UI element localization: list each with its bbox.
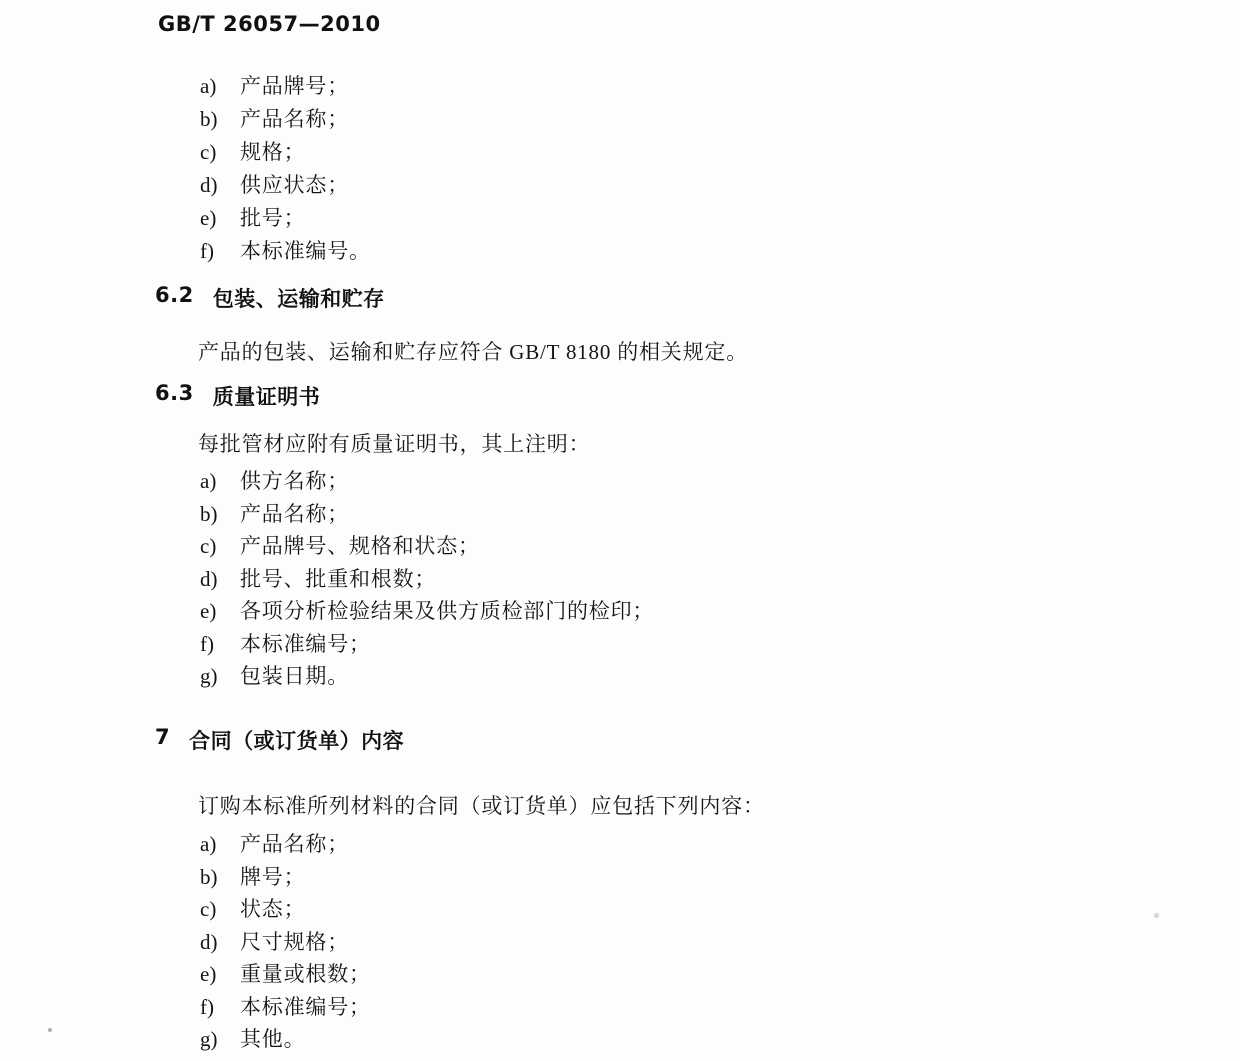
- list-item: e) 重量或根数；: [200, 958, 371, 991]
- list-item-text: 产品牌号；: [240, 70, 349, 100]
- list-item: f) 本标准编号；: [200, 628, 654, 661]
- list-item-text: 本标准编号；: [240, 991, 371, 1021]
- list-item-marker: c): [200, 140, 240, 165]
- scan-artifact-dot: [1154, 913, 1159, 918]
- section-7-heading: 7 合同（或订货单）内容: [155, 725, 404, 755]
- list-item-text: 尺寸规格；: [240, 926, 349, 956]
- list-item-text: 供应状态；: [240, 169, 349, 199]
- list-item-marker: f): [200, 632, 240, 657]
- list-item: f) 本标准编号。: [200, 235, 371, 268]
- list-item-marker: f): [200, 995, 240, 1020]
- list-item: g) 包装日期。: [200, 660, 654, 693]
- list-item-marker: e): [200, 599, 240, 624]
- list-item-marker: a): [200, 74, 240, 99]
- list-item-marker: b): [200, 502, 240, 527]
- list-item-marker: g): [200, 1027, 240, 1052]
- section-6-3-heading: 6.3 质量证明书: [155, 381, 320, 411]
- list-item: d) 批号、批重和根数；: [200, 563, 654, 596]
- list-item-marker: c): [200, 897, 240, 922]
- scan-artifact-dot: [48, 1028, 52, 1032]
- list-item-text: 规格；: [240, 136, 305, 166]
- list-item-text: 产品名称；: [240, 498, 349, 528]
- list-item: d) 尺寸规格；: [200, 926, 371, 959]
- standard-number-header: GB/T 26057—2010: [158, 12, 381, 36]
- section-number: 6.3: [155, 381, 194, 411]
- section-6-2-heading: 6.2 包装、运输和贮存: [155, 283, 385, 313]
- list-item: a) 产品牌号；: [200, 70, 371, 103]
- quality-certificate-items-list: a) 供方名称； b) 产品名称； c) 产品牌号、规格和状态； d) 批号、批…: [200, 465, 654, 693]
- section-title: 合同（或订货单）内容: [189, 725, 404, 755]
- contract-items-list: a) 产品名称； b) 牌号； c) 状态； d) 尺寸规格； e) 重量或根数…: [200, 828, 371, 1056]
- list-item: d) 供应状态；: [200, 169, 371, 202]
- list-item: c) 规格；: [200, 136, 371, 169]
- list-item-text: 牌号；: [240, 861, 305, 891]
- list-item-text: 本标准编号；: [240, 628, 371, 658]
- list-item-marker: d): [200, 567, 240, 592]
- section-number: 6.2: [155, 283, 194, 313]
- section-title: 包装、运输和贮存: [213, 283, 385, 313]
- list-item-text: 批号；: [240, 202, 305, 232]
- list-item-text: 批号、批重和根数；: [240, 563, 436, 593]
- list-item: a) 供方名称；: [200, 465, 654, 498]
- document-page: GB/T 26057—2010 a) 产品牌号； b) 产品名称； c) 规格；…: [0, 0, 1240, 1061]
- list-item-text: 产品牌号、规格和状态；: [240, 530, 480, 560]
- list-item-text: 产品名称；: [240, 828, 349, 858]
- list-item-marker: b): [200, 865, 240, 890]
- list-item-text: 包装日期。: [240, 660, 349, 690]
- list-item-marker: b): [200, 107, 240, 132]
- list-item-marker: a): [200, 832, 240, 857]
- list-item-marker: e): [200, 206, 240, 231]
- list-item: a) 产品名称；: [200, 828, 371, 861]
- list-item-marker: g): [200, 664, 240, 689]
- section-title: 质量证明书: [213, 381, 321, 411]
- list-item-marker: a): [200, 469, 240, 494]
- list-item-text: 其他。: [240, 1023, 305, 1053]
- list-item-text: 供方名称；: [240, 465, 349, 495]
- list-item-marker: c): [200, 534, 240, 559]
- list-item-text: 各项分析检验结果及供方质检部门的检印；: [240, 595, 654, 625]
- list-item-text: 状态；: [240, 893, 305, 923]
- list-item: b) 产品名称；: [200, 103, 371, 136]
- list-item-text: 重量或根数；: [240, 958, 371, 988]
- list-item: e) 各项分析检验结果及供方质检部门的检印；: [200, 595, 654, 628]
- section-number: 7: [155, 725, 170, 755]
- marking-items-list: a) 产品牌号； b) 产品名称； c) 规格； d) 供应状态； e) 批号；…: [200, 70, 371, 268]
- section-7-intro: 订购本标准所列材料的合同（或订货单）应包括下列内容：: [198, 790, 765, 820]
- list-item-marker: d): [200, 173, 240, 198]
- list-item: c) 状态；: [200, 893, 371, 926]
- list-item-text: 产品名称；: [240, 103, 349, 133]
- list-item-marker: f): [200, 239, 240, 264]
- list-item-marker: e): [200, 962, 240, 987]
- list-item: c) 产品牌号、规格和状态；: [200, 530, 654, 563]
- section-6-3-intro: 每批管材应附有质量证明书，其上注明：: [198, 428, 590, 458]
- list-item: b) 产品名称；: [200, 498, 654, 531]
- list-item-text: 本标准编号。: [240, 235, 371, 265]
- list-item: f) 本标准编号；: [200, 991, 371, 1024]
- section-6-2-paragraph: 产品的包装、运输和贮存应符合 GB/T 8180 的相关规定。: [198, 336, 748, 366]
- list-item: e) 批号；: [200, 202, 371, 235]
- list-item: b) 牌号；: [200, 861, 371, 894]
- list-item-marker: d): [200, 930, 240, 955]
- list-item: g) 其他。: [200, 1023, 371, 1056]
